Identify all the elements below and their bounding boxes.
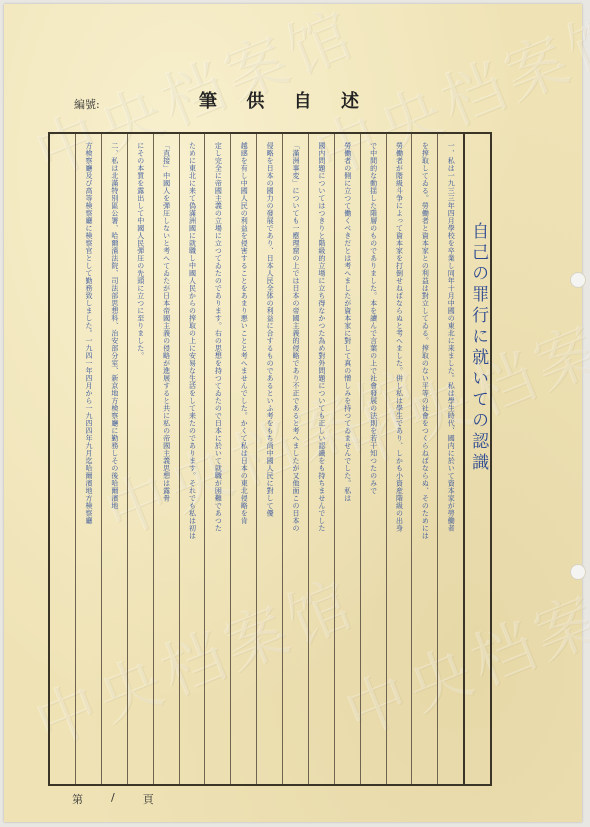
document-title: 自己の罪行に就いての認識 xyxy=(469,142,486,784)
text-line: 侵略を日本の國力の發展であり、日本人民全体の利益に合するものであるといふ考をもち… xyxy=(266,142,273,784)
text-column: 國内問題についてはつきりと階級的立場に立ち得なかつた為め對外問題についても正しい… xyxy=(308,134,334,784)
text-line: 「滿洲事変」についても一應理窟の上では日本の帝國主義的侵略であり不正であると考へ… xyxy=(292,142,299,784)
text-column: を搾取してゐる。勞働者と資本家との利益は對立してゐる。搾取のない平等の社會をつく… xyxy=(411,134,437,784)
page-prefix: 第 xyxy=(72,791,83,807)
text-line: を搾取してゐる。勞働者と資本家との利益は對立してゐる。搾取のない平等の社會をつく… xyxy=(421,142,428,784)
text-column: 二、私は北滿特別區公署、哈爾濱法院、司法部思想科、治安部分室、新京地方検察廳に勤… xyxy=(101,134,127,784)
text-line: にその本質を露出して中國人民弾圧の先頭に立つに至りました。 xyxy=(137,142,144,784)
document-page: 中央档案馆 中央档案馆 中央档案馆 中央档案馆 中央档案馆 中央档案馆 編號: … xyxy=(4,4,582,822)
text-line: 國内問題についてはつきりと階級的立場に立ち得なかつた為め對外問題についても正しい… xyxy=(318,142,325,784)
page-suffix: 頁 xyxy=(143,791,154,807)
binding-hole xyxy=(570,564,586,580)
text-column: で中間的な動揺した階層のものでありました。本を讀んで言葉の上で社會發展の法則を若… xyxy=(360,134,386,784)
form-title-char: 筆 xyxy=(199,87,217,113)
manuscript-grid: 自己の罪行に就いての認識 一、私は一九三三年四月學校を卒業し同年十月中國の東北に… xyxy=(48,132,492,786)
text-line: 一、私は一九三三年四月學校を卒業し同年十月中國の東北に来ました。私は學生時代、國… xyxy=(447,142,454,784)
text-column: にその本質を露出して中國人民弾圧の先頭に立つに至りました。 xyxy=(127,134,153,784)
form-title-char: 述 xyxy=(341,87,359,113)
form-title-char: 自 xyxy=(294,87,312,113)
page-footer: 第 / 頁 xyxy=(72,791,154,807)
text-column: 定し完全に帝國主義の立場に立つてゐたのであります。右の思想を持つてゐたので日本に… xyxy=(204,134,230,784)
form-title-char: 供 xyxy=(246,87,264,113)
text-column: 勞働者が階級斗争によって資本家を打倒せねばならぬと考へました。併し私は學生であり… xyxy=(386,134,412,784)
text-line: 定し完全に帝國主義の立場に立つてゐたのであります。右の思想を持つてゐたので日本に… xyxy=(214,142,221,784)
text-line: 「直接」中國人を弾圧しないと考へてゐたが日本帝國主義の侵略が進展すると共に私の帝… xyxy=(163,142,170,784)
form-title: 筆 供 自 述 xyxy=(199,87,359,113)
binding-hole xyxy=(570,272,586,288)
text-column xyxy=(50,134,75,784)
text-line: 越感を有し中國人民の利益を侵害することをあまり悪いことと考へませんでした。かくて… xyxy=(240,142,247,784)
text-line: 方検察廳及び高等検察廳に検察官として勤務致しました。一九四一年四月から一九四四年… xyxy=(85,142,92,784)
text-line: 二、私は北滿特別區公署、哈爾濱法院、司法部思想科、治安部分室、新京地方検察廳に勤… xyxy=(111,142,118,784)
text-column: 越感を有し中國人民の利益を侵害することをあまり悪いことと考へませんでした。かくて… xyxy=(230,134,256,784)
text-line: 勞働者の側に立つて働くべきだとは考へましたが資本家に對して真の憎しみを持つてゐま… xyxy=(344,142,351,784)
text-column: 勞働者の側に立つて働くべきだとは考へましたが資本家に對して真の憎しみを持つてゐま… xyxy=(334,134,360,784)
text-column: 「滿洲事変」についても一應理窟の上では日本の帝國主義的侵略であり不正であると考へ… xyxy=(282,134,308,784)
text-line: で中間的な動揺した階層のものでありました。本を讀んで言葉の上で社會發展の法則を若… xyxy=(370,142,377,784)
text-column: 侵略を日本の國力の發展であり、日本人民全体の利益に合するものであるといふ考をもち… xyxy=(256,134,282,784)
text-line: ために東北に来て偽滿洲國に就職し中國人民からの搾取の上に安易な生活をして来たので… xyxy=(188,142,195,784)
document-number-label: 編號: xyxy=(74,96,100,112)
title-column: 自己の罪行に就いての認識 xyxy=(463,134,490,784)
text-column: 「直接」中國人を弾圧しないと考へてゐたが日本帝國主義の侵略が進展すると共に私の帝… xyxy=(153,134,179,784)
page-number: / xyxy=(111,791,115,807)
text-column: 一、私は一九三三年四月學校を卒業し同年十月中國の東北に来ました。私は學生時代、國… xyxy=(437,134,463,784)
text-line: 勞働者が階級斗争によって資本家を打倒せねばならぬと考へました。併し私は學生であり… xyxy=(395,142,402,784)
text-column: ために東北に来て偽滿洲國に就職し中國人民からの搾取の上に安易な生活をして来たので… xyxy=(179,134,205,784)
text-column: 方検察廳及び高等検察廳に検察官として勤務致しました。一九四一年四月から一九四四年… xyxy=(75,134,101,784)
